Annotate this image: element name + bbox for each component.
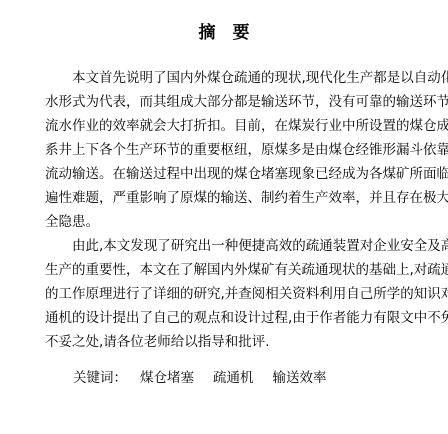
keyword-item: 煤仓堵塞 bbox=[140, 370, 194, 386]
keyword-item: 输送效率 bbox=[273, 370, 327, 386]
abstract-line: 水形式为代表，而其组成大部分都是输送环节，没有可靠的输送环节自动 bbox=[45, 90, 421, 114]
keyword-item: 疏通机 bbox=[213, 370, 254, 386]
abstract-line: 流水作业的效率就会大打折扣。目前，在煤炭行业中所设置的煤仓成为联 bbox=[45, 114, 421, 138]
abstract-line: 生产的重要性，本文在了解国内外煤矿有关疏通现状的基础上,对疏通机 bbox=[45, 258, 421, 282]
abstract-line: 系井上下各个生产环节的重要枢纽，原煤多是由煤仓经锥形漏斗依靠自重 bbox=[45, 138, 421, 162]
abstract-line: 通机的设计提出了自己的观点和设计过程,由于作者能力有限文中不免有 bbox=[45, 306, 421, 330]
abstract-body: 本文首先说明了国内外煤仓疏通的现状,现代化生产都是以自动化流 水形式为代表，而其… bbox=[45, 66, 421, 354]
abstract-line: 全隐患。 bbox=[45, 210, 421, 234]
abstract-line: 的工作原理进行了详细的研究,并查阅相关资料利用自己所学的知识对疏 bbox=[45, 282, 421, 306]
abstract-page: 摘 要 本文首先说明了国内外煤仓疏通的现状,现代化生产都是以自动化流 水形式为代… bbox=[0, 0, 448, 434]
page-title: 摘 要 bbox=[0, 21, 448, 45]
keywords-row: 关键词：煤仓堵塞疏通机输送效率 bbox=[73, 366, 327, 390]
abstract-line: 本文首先说明了国内外煤仓疏通的现状,现代化生产都是以自动化流 bbox=[45, 66, 421, 90]
abstract-line: 遍性难题，严重影响了原煤的输送、制约着生产效率，并且存在极大的安 bbox=[45, 186, 421, 210]
abstract-line: 流动输送。在输送过程中出现的煤仓堵塞现象已经成为各煤矿所面临的普 bbox=[45, 162, 421, 186]
keywords-label: 关键词： bbox=[73, 370, 127, 386]
abstract-line: 不妥之处,请各位老师给以指导和批评. bbox=[45, 330, 421, 354]
abstract-line: 由此,本文发现了研究出一种便捷高效的疏通装置对企业安全及高效 bbox=[45, 234, 421, 258]
